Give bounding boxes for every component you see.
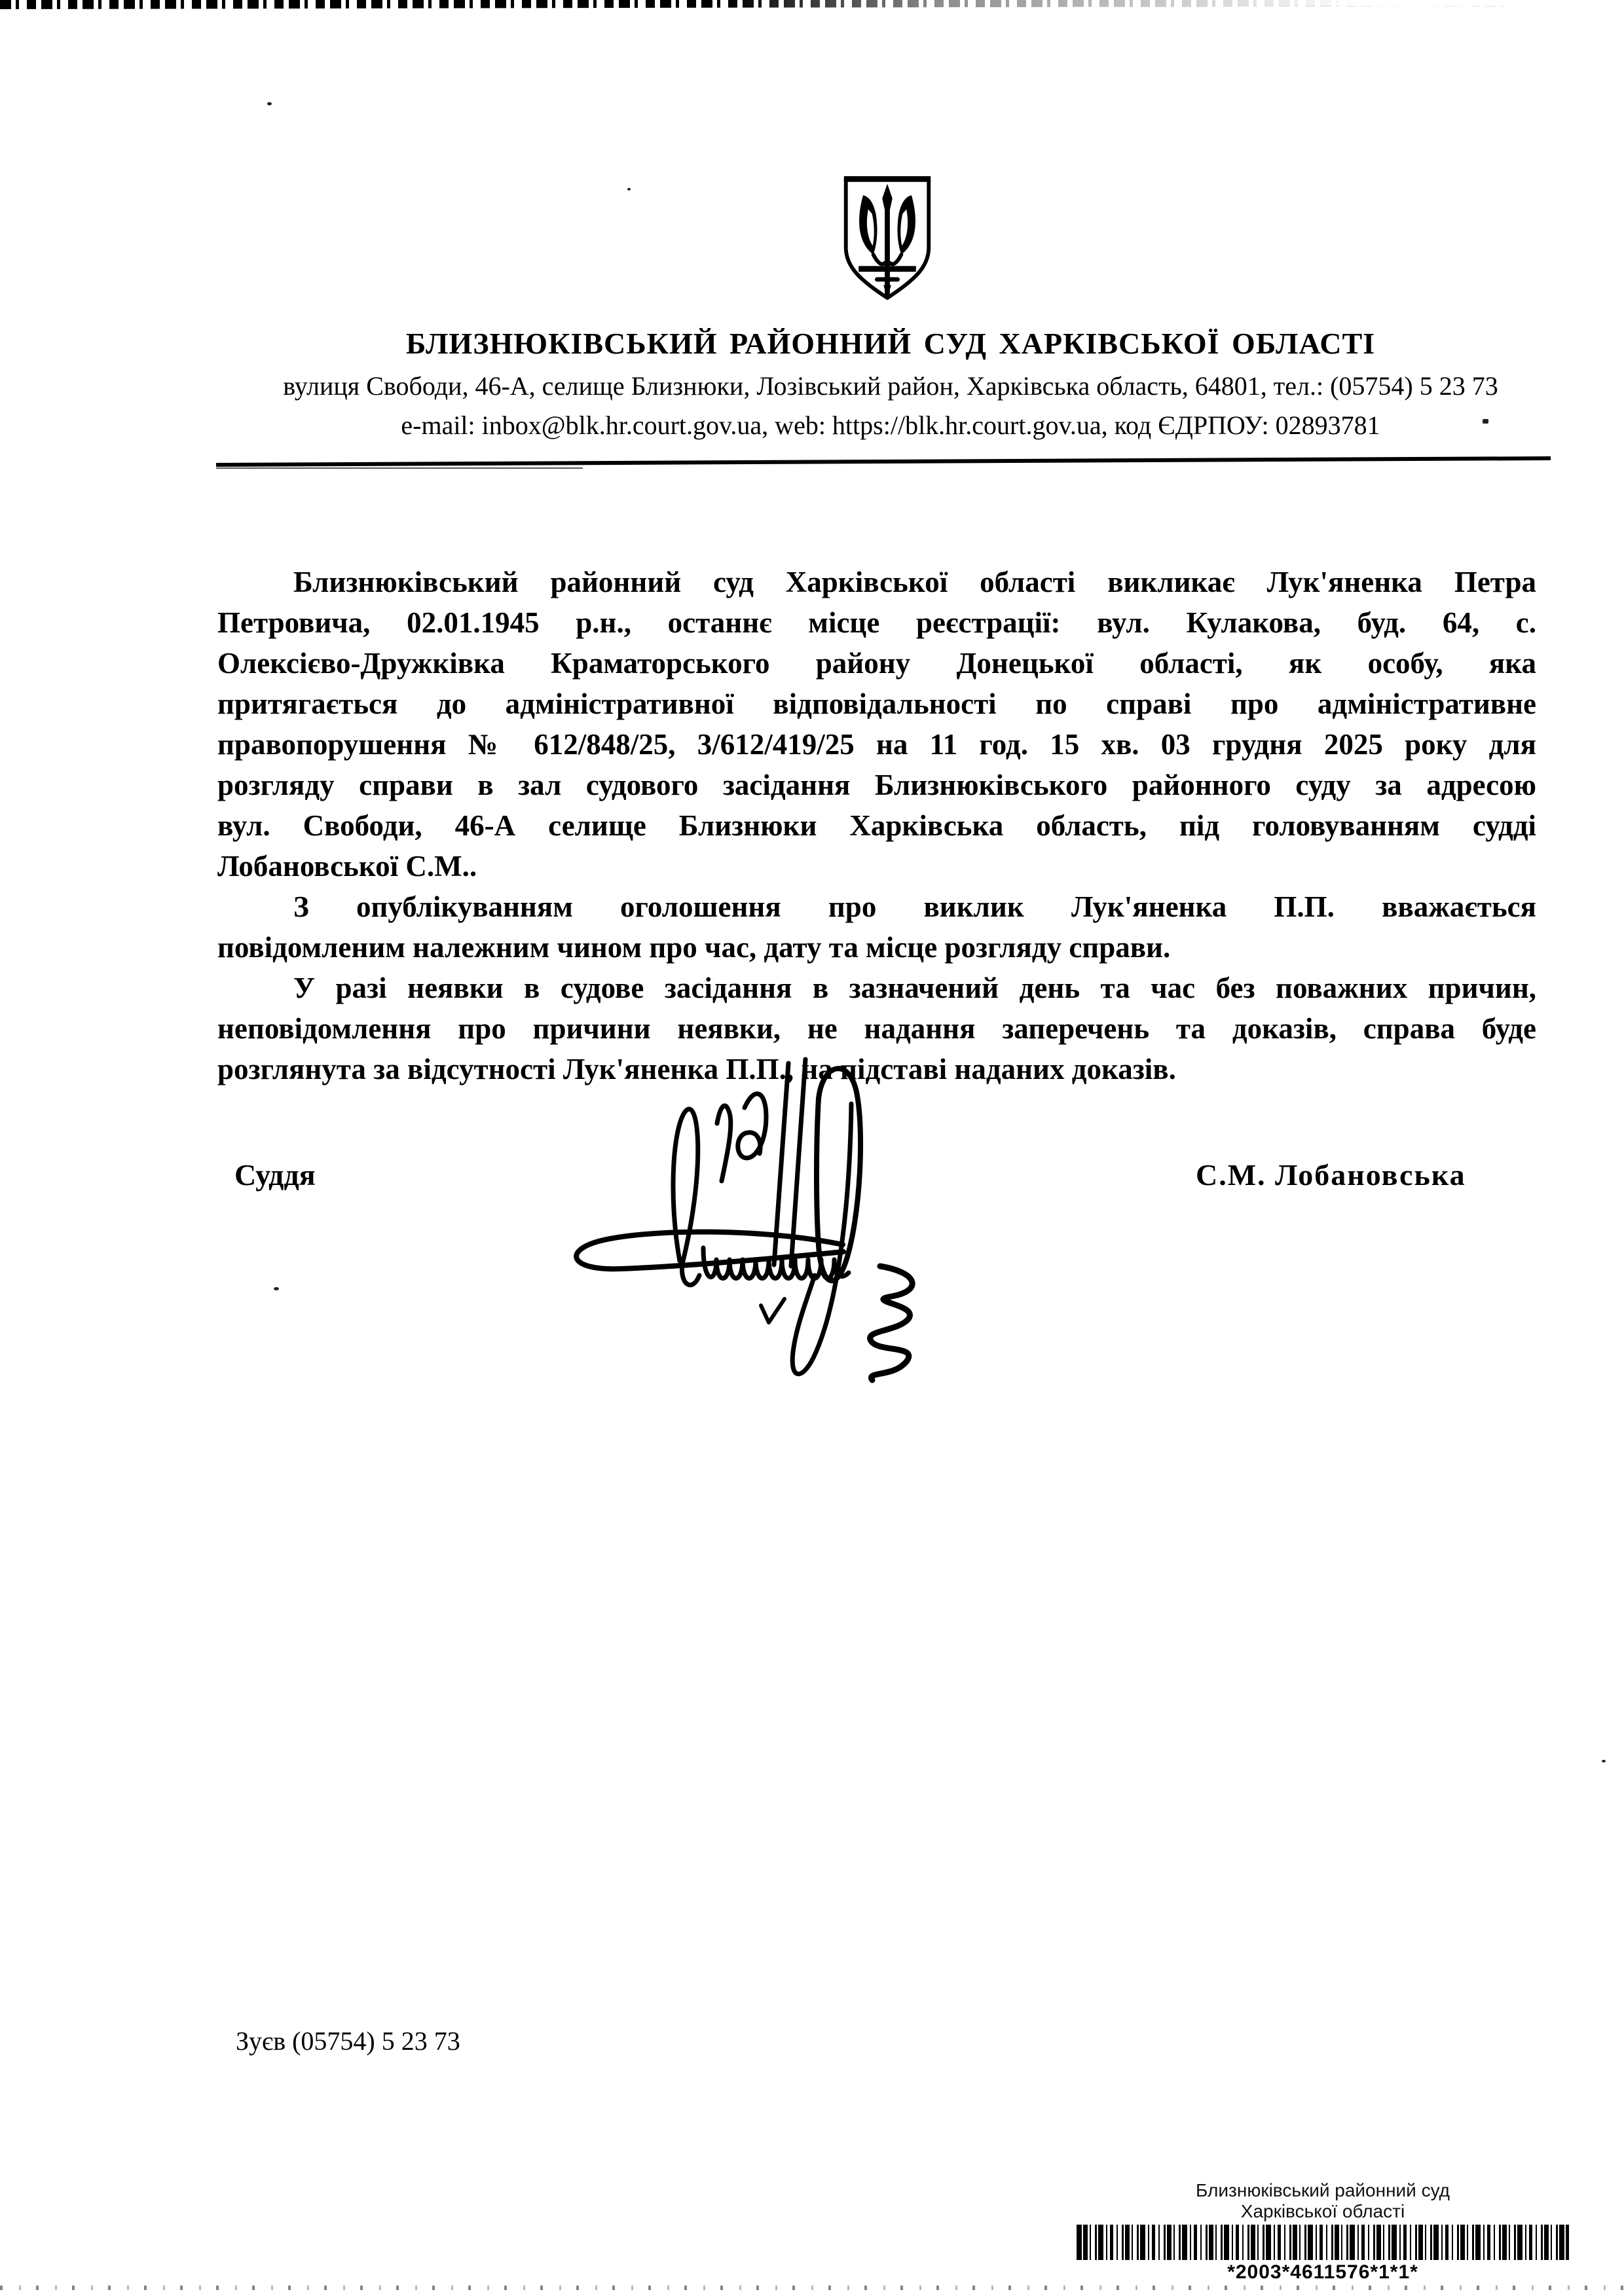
barcode-court-name-line2: Харківської області xyxy=(1074,2201,1572,2222)
body-line: З опублікуванням оголошення про виклик Л… xyxy=(217,886,1536,927)
scan-speck xyxy=(274,1287,279,1290)
judge-signature-scrawl xyxy=(558,1045,1029,1392)
header-divider xyxy=(216,456,1551,467)
barcode-code-text: *2003*4611576*1*1* xyxy=(1074,2261,1572,2284)
judge-role-label: Суддя xyxy=(234,1157,316,1192)
body-line: неповідомлення про причини неявки, не на… xyxy=(217,1008,1536,1049)
barcode-block: Близнюківський районний суд Харківської … xyxy=(1074,2180,1572,2284)
judge-name: С.М. Лобановська xyxy=(1196,1157,1536,1192)
barcode-image xyxy=(1077,2225,1569,2260)
body-line: Петровича, 02.01.1945 р.н., останнє місц… xyxy=(217,602,1536,643)
letter-body: Близнюківський районний суд Харківської … xyxy=(217,562,1536,1089)
letterhead: БЛИЗНЮКІВСЬКИЙ РАЙОННИЙ СУД ХАРКІВСЬКОЇ … xyxy=(210,326,1572,445)
body-line: правопорушення № 612/848/25, 3/612/419/2… xyxy=(217,724,1536,765)
scan-speck xyxy=(627,188,631,191)
scan-noise-top-edge xyxy=(0,0,1513,9)
scan-noise-bottom-edge xyxy=(0,2286,1624,2290)
body-line: притягається до адміністративної відпові… xyxy=(217,683,1536,724)
court-contacts: e-mail: inbox@blk.hr.court.gov.ua, web: … xyxy=(210,406,1572,445)
ukraine-trident-emblem-icon xyxy=(840,173,935,304)
body-line: вул. Свободи, 46-А селище Близнюки Харкі… xyxy=(217,805,1536,846)
body-line: повідомленим належним чином про час, дат… xyxy=(217,927,1536,968)
court-address: вулиця Свободи, 46-А, селище Близнюки, Л… xyxy=(210,367,1572,406)
body-line: Близнюківський районний суд Харківської … xyxy=(217,562,1536,602)
court-title: БЛИЗНЮКІВСЬКИЙ РАЙОННИЙ СУД ХАРКІВСЬКОЇ … xyxy=(210,326,1572,361)
body-line: У разі неявки в судове засідання в зазна… xyxy=(217,968,1536,1008)
scan-speck xyxy=(267,102,272,105)
barcode-court-name-line1: Близнюківський районний суд xyxy=(1074,2180,1572,2201)
body-line: Лобановської С.М.. xyxy=(217,846,1536,886)
scan-speck xyxy=(1602,1760,1606,1762)
clerk-phone: Зуєв (05754) 5 23 73 xyxy=(236,2026,460,2056)
body-line: Олексієво-Дружківка Краматорського район… xyxy=(217,643,1536,683)
scanned-court-summons-page: БЛИЗНЮКІВСЬКИЙ РАЙОННИЙ СУД ХАРКІВСЬКОЇ … xyxy=(0,0,1624,2296)
header-divider-thin xyxy=(216,467,583,469)
body-line: розгляду справи в зал судового засідання… xyxy=(217,765,1536,805)
